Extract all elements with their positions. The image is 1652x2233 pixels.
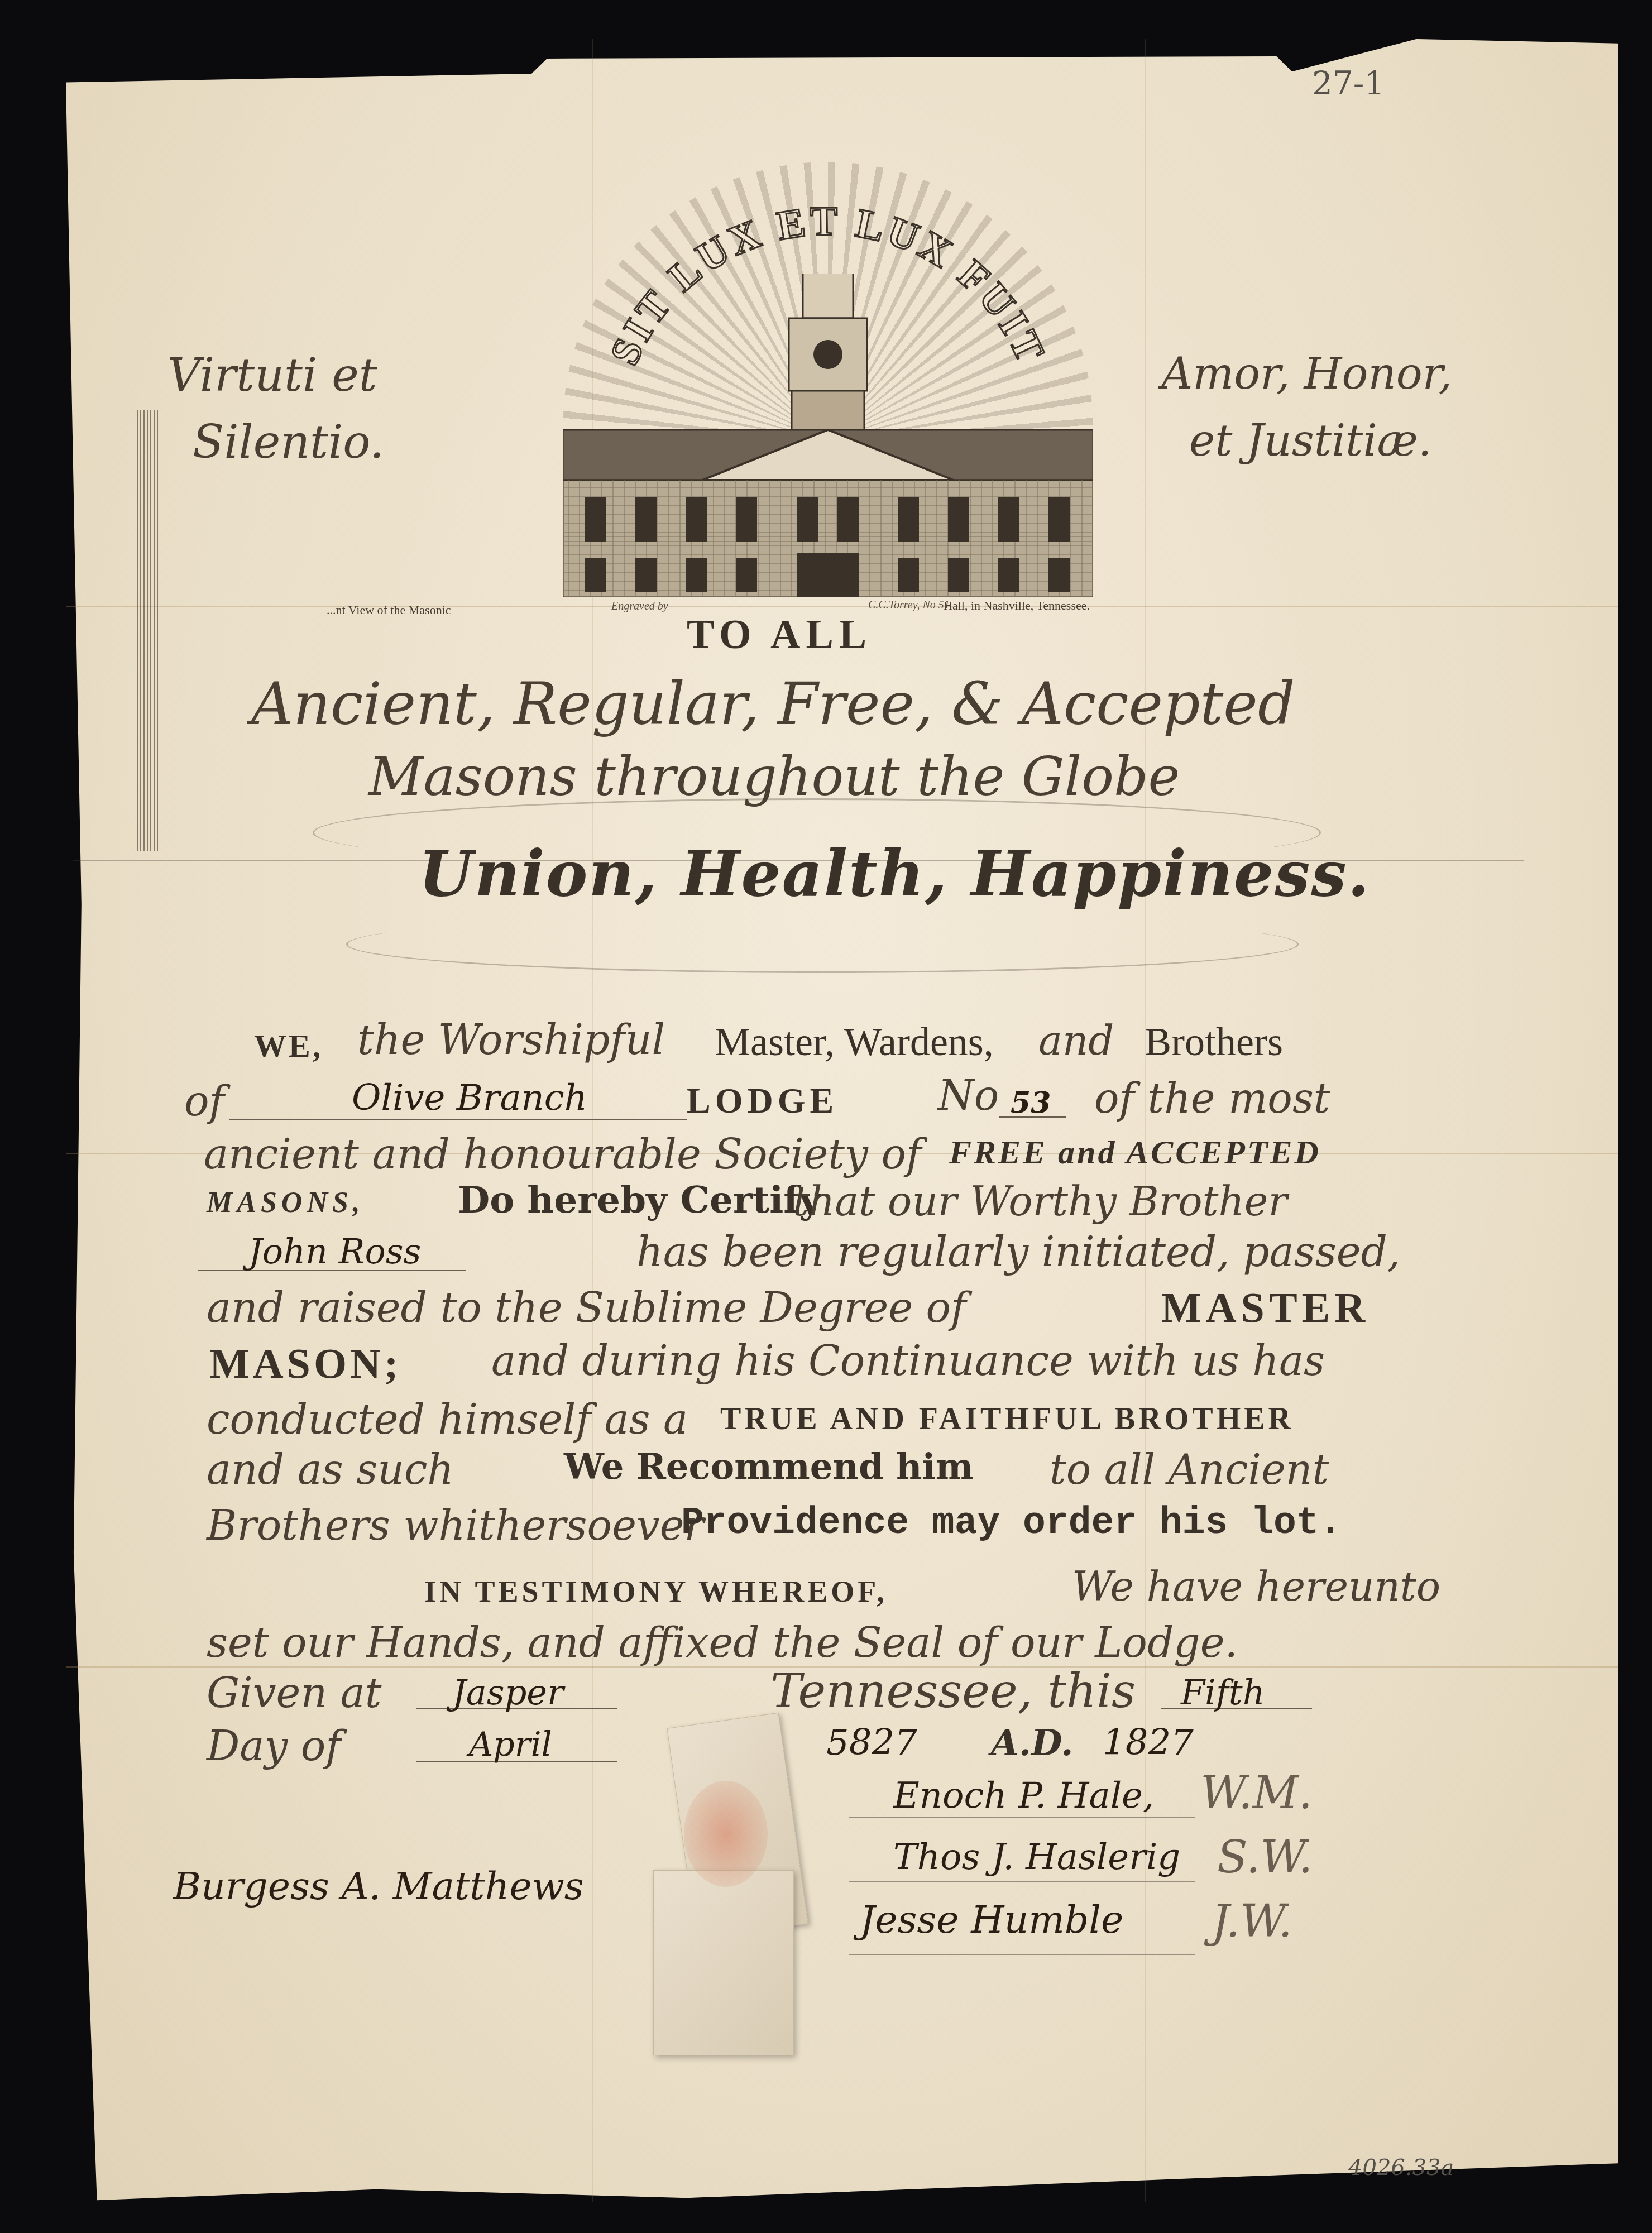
text-set-our-hands: set our Hands, and affixed the Seal of o… [207,1619,1238,1667]
year-field: 1827 [1103,1722,1194,1764]
signature-line [849,1881,1195,1882]
archive-mark-top: 27-1 [1312,64,1385,102]
motto-right-line2: et Justitiæ. [1189,416,1432,466]
engraver-name: C.C.Torrey, No 51 [868,599,950,612]
title-sw: S.W. [1217,1831,1313,1883]
text-we-have-hereunto: We have hereunto [1072,1563,1440,1610]
text-the-worshipful: the Worshipful [357,1016,665,1064]
lodge-seal-ribbon [653,1719,815,2054]
decorative-stripes [137,410,160,851]
text-during: and during his Continuance with us has [491,1337,1325,1385]
motto-left-line1: Virtuti et [167,349,377,402]
signature-senior-warden: Thos J. Haslerig [893,1837,1180,1878]
text-state: Tennessee, this [770,1664,1136,1718]
signature-secretary: Burgess A. Matthews [173,1865,584,1909]
text-true-faithful-brother: TRUE AND FAITHFUL BROTHER [720,1401,1294,1437]
fold-line [66,606,1618,607]
text-we: WE, [254,1027,323,1065]
text-of: of [184,1077,224,1125]
wax-seal [684,1781,768,1887]
text-brothers-whithersoever: Brothers whithersoever [207,1502,704,1550]
title-jw: J.W. [1212,1895,1292,1947]
anno-lucis-field: 5827 [826,1722,917,1764]
heading-to-all: TO ALL [687,611,872,659]
place-field: Jasper [452,1672,564,1713]
text-conducted: conducted himself as a [207,1396,688,1444]
text-master-wardens: Master, Wardens, [715,1019,994,1065]
ribbon-tail [653,1870,794,2055]
text-brothers: Brothers [1145,1019,1283,1065]
text-master: MASTER [1161,1284,1370,1333]
text-and: and [1038,1017,1114,1064]
signature-line [849,1954,1195,1955]
signature-worshipful-master: Enoch P. Hale, [893,1775,1154,1817]
text-ad-label: A.D. [991,1722,1073,1764]
month-field: April [469,1725,552,1764]
text-has-been: has been regularly initiated, passed, [636,1228,1400,1276]
building-icon [563,274,1093,597]
engraving-caption-left: ...nt View of the Masonic [327,603,451,617]
lodge-name-field: Olive Branch [352,1077,587,1119]
flourish-ornament [346,916,1299,973]
engraved-by-label: Engraved by [611,600,668,613]
text-lodge: LODGE [687,1080,838,1122]
signature-junior-warden: Jesse Humble [860,1898,1123,1942]
masonic-hall-engraving: SIT LUX ET LUX FUIT [563,162,1093,597]
heading-line1: Ancient, Regular, Free, & Accepted [251,670,1295,738]
motto-right-line1: Amor, Honor, [1161,349,1452,399]
text-that-our-worthy-brother: that our Worthy Brother [793,1178,1287,1225]
text-do-hereby-certify: Do hereby Certify [458,1178,821,1221]
text-mason: MASON; [209,1340,401,1388]
brother-name-field: John Ross [248,1231,421,1272]
engraving-caption-right: Hall, in Nashville, Tennessee. [944,598,1090,613]
text-given-at: Given at [207,1669,381,1717]
text-we-recommend-him: We Recommend him [564,1446,974,1488]
text-to-all-ancient: to all Ancient [1050,1446,1329,1494]
title-wm: W.M. [1200,1767,1313,1819]
lodge-number-field: 53 [1011,1086,1051,1120]
motto-left-line2: Silentio. [193,416,384,469]
archive-mark-bottom: 4026.33a [1348,2155,1454,2181]
text-of-the-most: of the most [1094,1075,1330,1123]
greeting: Union, Health, Happiness. [419,837,1370,911]
lodge-name-line [229,1119,687,1120]
signature-line [849,1817,1195,1818]
text-no-label: No [938,1072,999,1120]
text-and-as-such: and as such [207,1446,454,1494]
text-free-and-accepted: FREE and ACCEPTED [949,1133,1321,1172]
text-masons: MASONS, [207,1186,365,1219]
text-and-raised: and raised to the Sublime Degree of [207,1284,966,1332]
text-providence: Providence may order his lot. [681,1502,1342,1545]
text-day-of: Day of [207,1722,341,1770]
text-in-testimony: IN TESTIMONY WHEREOF, [424,1574,888,1609]
day-field: Fifth [1181,1672,1265,1713]
text-ancient-honourable: ancient and honourable Society of [204,1130,921,1178]
